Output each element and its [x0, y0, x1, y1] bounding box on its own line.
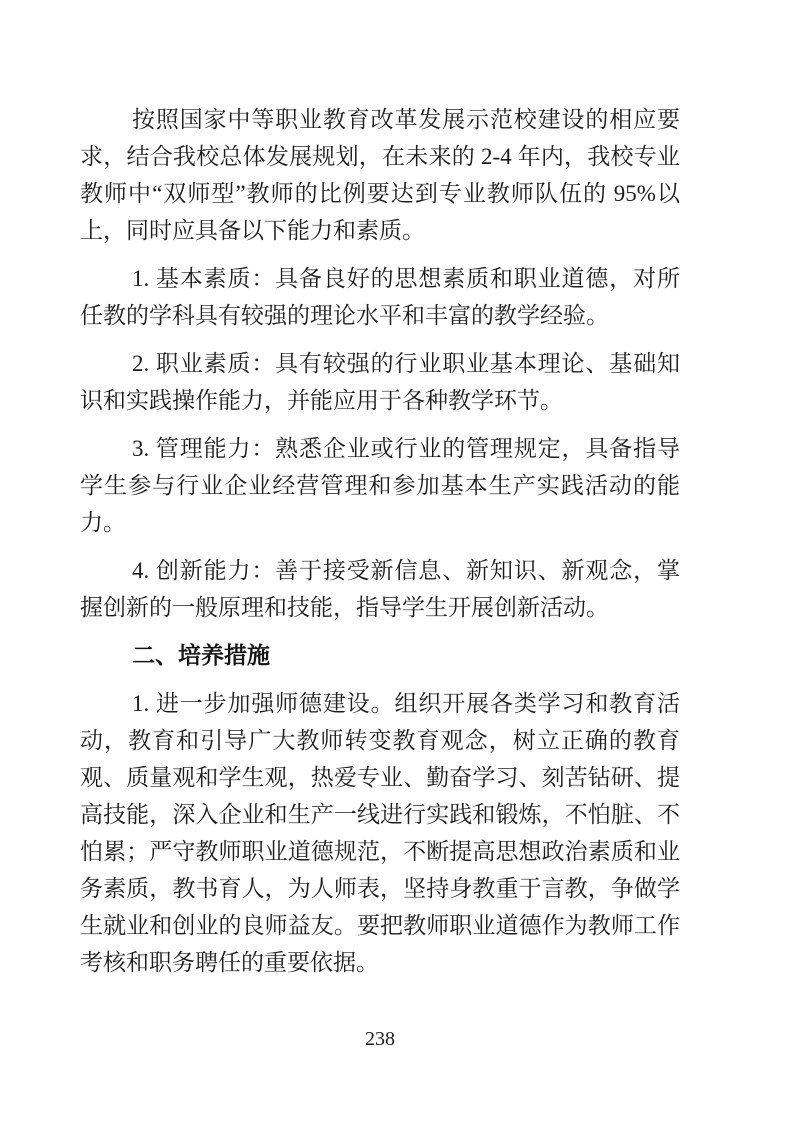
paragraph-item-teacher-ethics: 1. 进一步加强师德建设。组织开展各类学习和教育活动，教育和引导广大教师转变教育…	[80, 685, 680, 981]
paragraph-item-innovation-ability: 4. 创新能力：善于接受新信息、新知识、新观念，掌握创新的一般原理和技能，指导学…	[80, 552, 680, 626]
page-content: 按照国家中等职业教育改革发展示范校建设的相应要求，结合我校总体发展规划，在未来的…	[80, 0, 680, 1052]
document-page: 按照国家中等职业教育改革发展示范校建设的相应要求，结合我校总体发展规划，在未来的…	[0, 0, 793, 1122]
paragraph-item-professional-quality: 2. 职业素质：具有较强的行业职业基本理论、基础知识和实践操作能力，并能应用于各…	[80, 345, 680, 419]
page-number: 238	[80, 1026, 680, 1052]
paragraph-item-basic-quality: 1. 基本素质：具备良好的思想素质和职业道德，对所任教的学科具有较强的理论水平和…	[80, 260, 680, 334]
paragraph-item-management-ability: 3. 管理能力：熟悉企业或行业的管理规定，具备指导学生参与行业企业经营管理和参加…	[80, 430, 680, 541]
paragraph-intro: 按照国家中等职业教育改革发展示范校建设的相应要求，结合我校总体发展规划，在未来的…	[80, 101, 680, 249]
section-heading-training-measures: 二、培养措施	[80, 637, 680, 674]
